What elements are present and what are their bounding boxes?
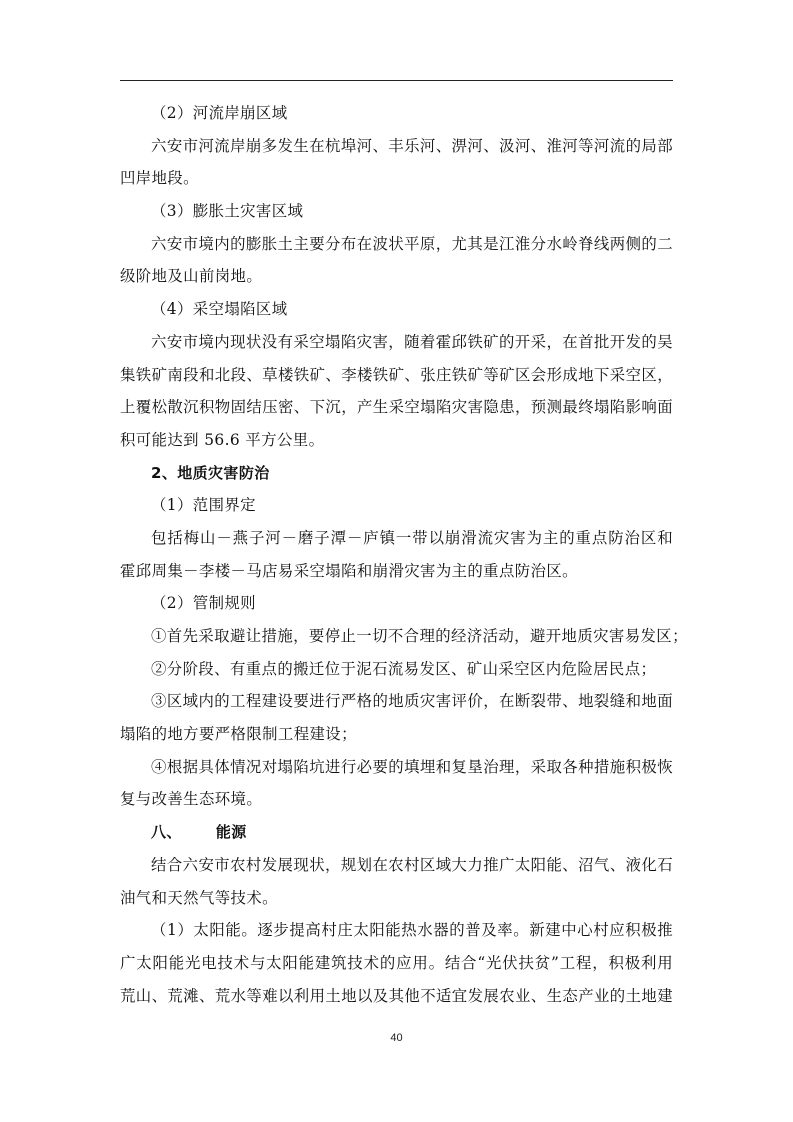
subheading-expansive-soil: （3）膨胀土灾害区域 [120,195,673,228]
rule-item-4-cont: 复与改善生态环境。 [120,783,673,816]
subheading-mining-subsidence: （4）采空塌陷区域 [120,293,673,326]
chapter-heading-energy: 八、能源 [120,816,673,849]
paragraph-line: 积可能达到 56.6 平方公里。 [120,424,673,457]
rule-item-1: ①首先采取避让措施，要停止一切不合理的经济活动，避开地质灾害易发区； [120,620,673,653]
rule-item-3-cont: 塌陷的地方要严格限制工程建设； [120,718,673,751]
subheading-scope: （1）范围界定 [120,489,673,522]
section-heading-geohazard-prevention: 2、地质灾害防治 [120,457,673,490]
paragraph-line: 荒山、荒滩、荒水等难以利用土地以及其他不适宜发展农业、生态产业的土地建 [120,980,673,1013]
paragraph-line: 六安市境内的膨胀土主要分布在波状平原，尤其是江淮分水岭脊线两侧的二 [120,228,673,261]
document-body: （2）河流岸崩区域 六安市河流岸崩多发生在杭埠河、丰乐河、淠河、汲河、淮河等河流… [120,97,673,1012]
rule-item-4: ④根据具体情况对塌陷坑进行必要的填埋和复垦治理，采取各种措施积极恢 [120,751,673,784]
paragraph-line: 凹岸地段。 [120,162,673,195]
paragraph-line: 结合六安市农村发展现状，规划在农村区域大力推广太阳能、沼气、液化石 [120,849,673,882]
paragraph-solar: （1）太阳能。逐步提高村庄太阳能热水器的普及率。新建中心村应积极推 [120,914,673,947]
rule-item-3: ③区域内的工程建设要进行严格的地质灾害评价，在断裂带、地裂缝和地面 [120,685,673,718]
paragraph-line: 上覆松散沉积物固结压密、下沉，产生采空塌陷灾害隐患，预测最终塌陷影响面 [120,391,673,424]
paragraph-line: 包括梅山－燕子河－磨子潭－庐镇一带以崩滑流灾害为主的重点防治区和 [120,522,673,555]
rule-item-2: ②分阶段、有重点的搬迁位于泥石流易发区、矿山采空区内危险居民点； [120,653,673,686]
header-rule [120,80,673,81]
paragraph-line: 级阶地及山前岗地。 [120,260,673,293]
paragraph-line: 六安市境内现状没有采空塌陷灾害，随着霍邱铁矿的开采，在首批开发的吴 [120,326,673,359]
subheading-control-rules: （2）管制规则 [120,587,673,620]
chapter-title: 能源 [216,823,247,841]
chapter-number: 八、 [151,823,182,841]
paragraph-line: 集铁矿南段和北段、草楼铁矿、李楼铁矿、张庄铁矿等矿区会形成地下采空区， [120,359,673,392]
subheading-river-bank-collapse: （2）河流岸崩区域 [120,97,673,130]
page-number: 40 [0,1032,793,1044]
paragraph-line: 油气和天然气等技术。 [120,882,673,915]
paragraph-line: 六安市河流岸崩多发生在杭埠河、丰乐河、淠河、汲河、淮河等河流的局部 [120,130,673,163]
paragraph-line: 广太阳能光电技术与太阳能建筑技术的应用。结合“光伏扶贫”工程，积极利用 [120,947,673,980]
paragraph-line: 霍邱周集－李楼－马店易采空塌陷和崩滑灾害为主的重点防治区。 [120,555,673,588]
